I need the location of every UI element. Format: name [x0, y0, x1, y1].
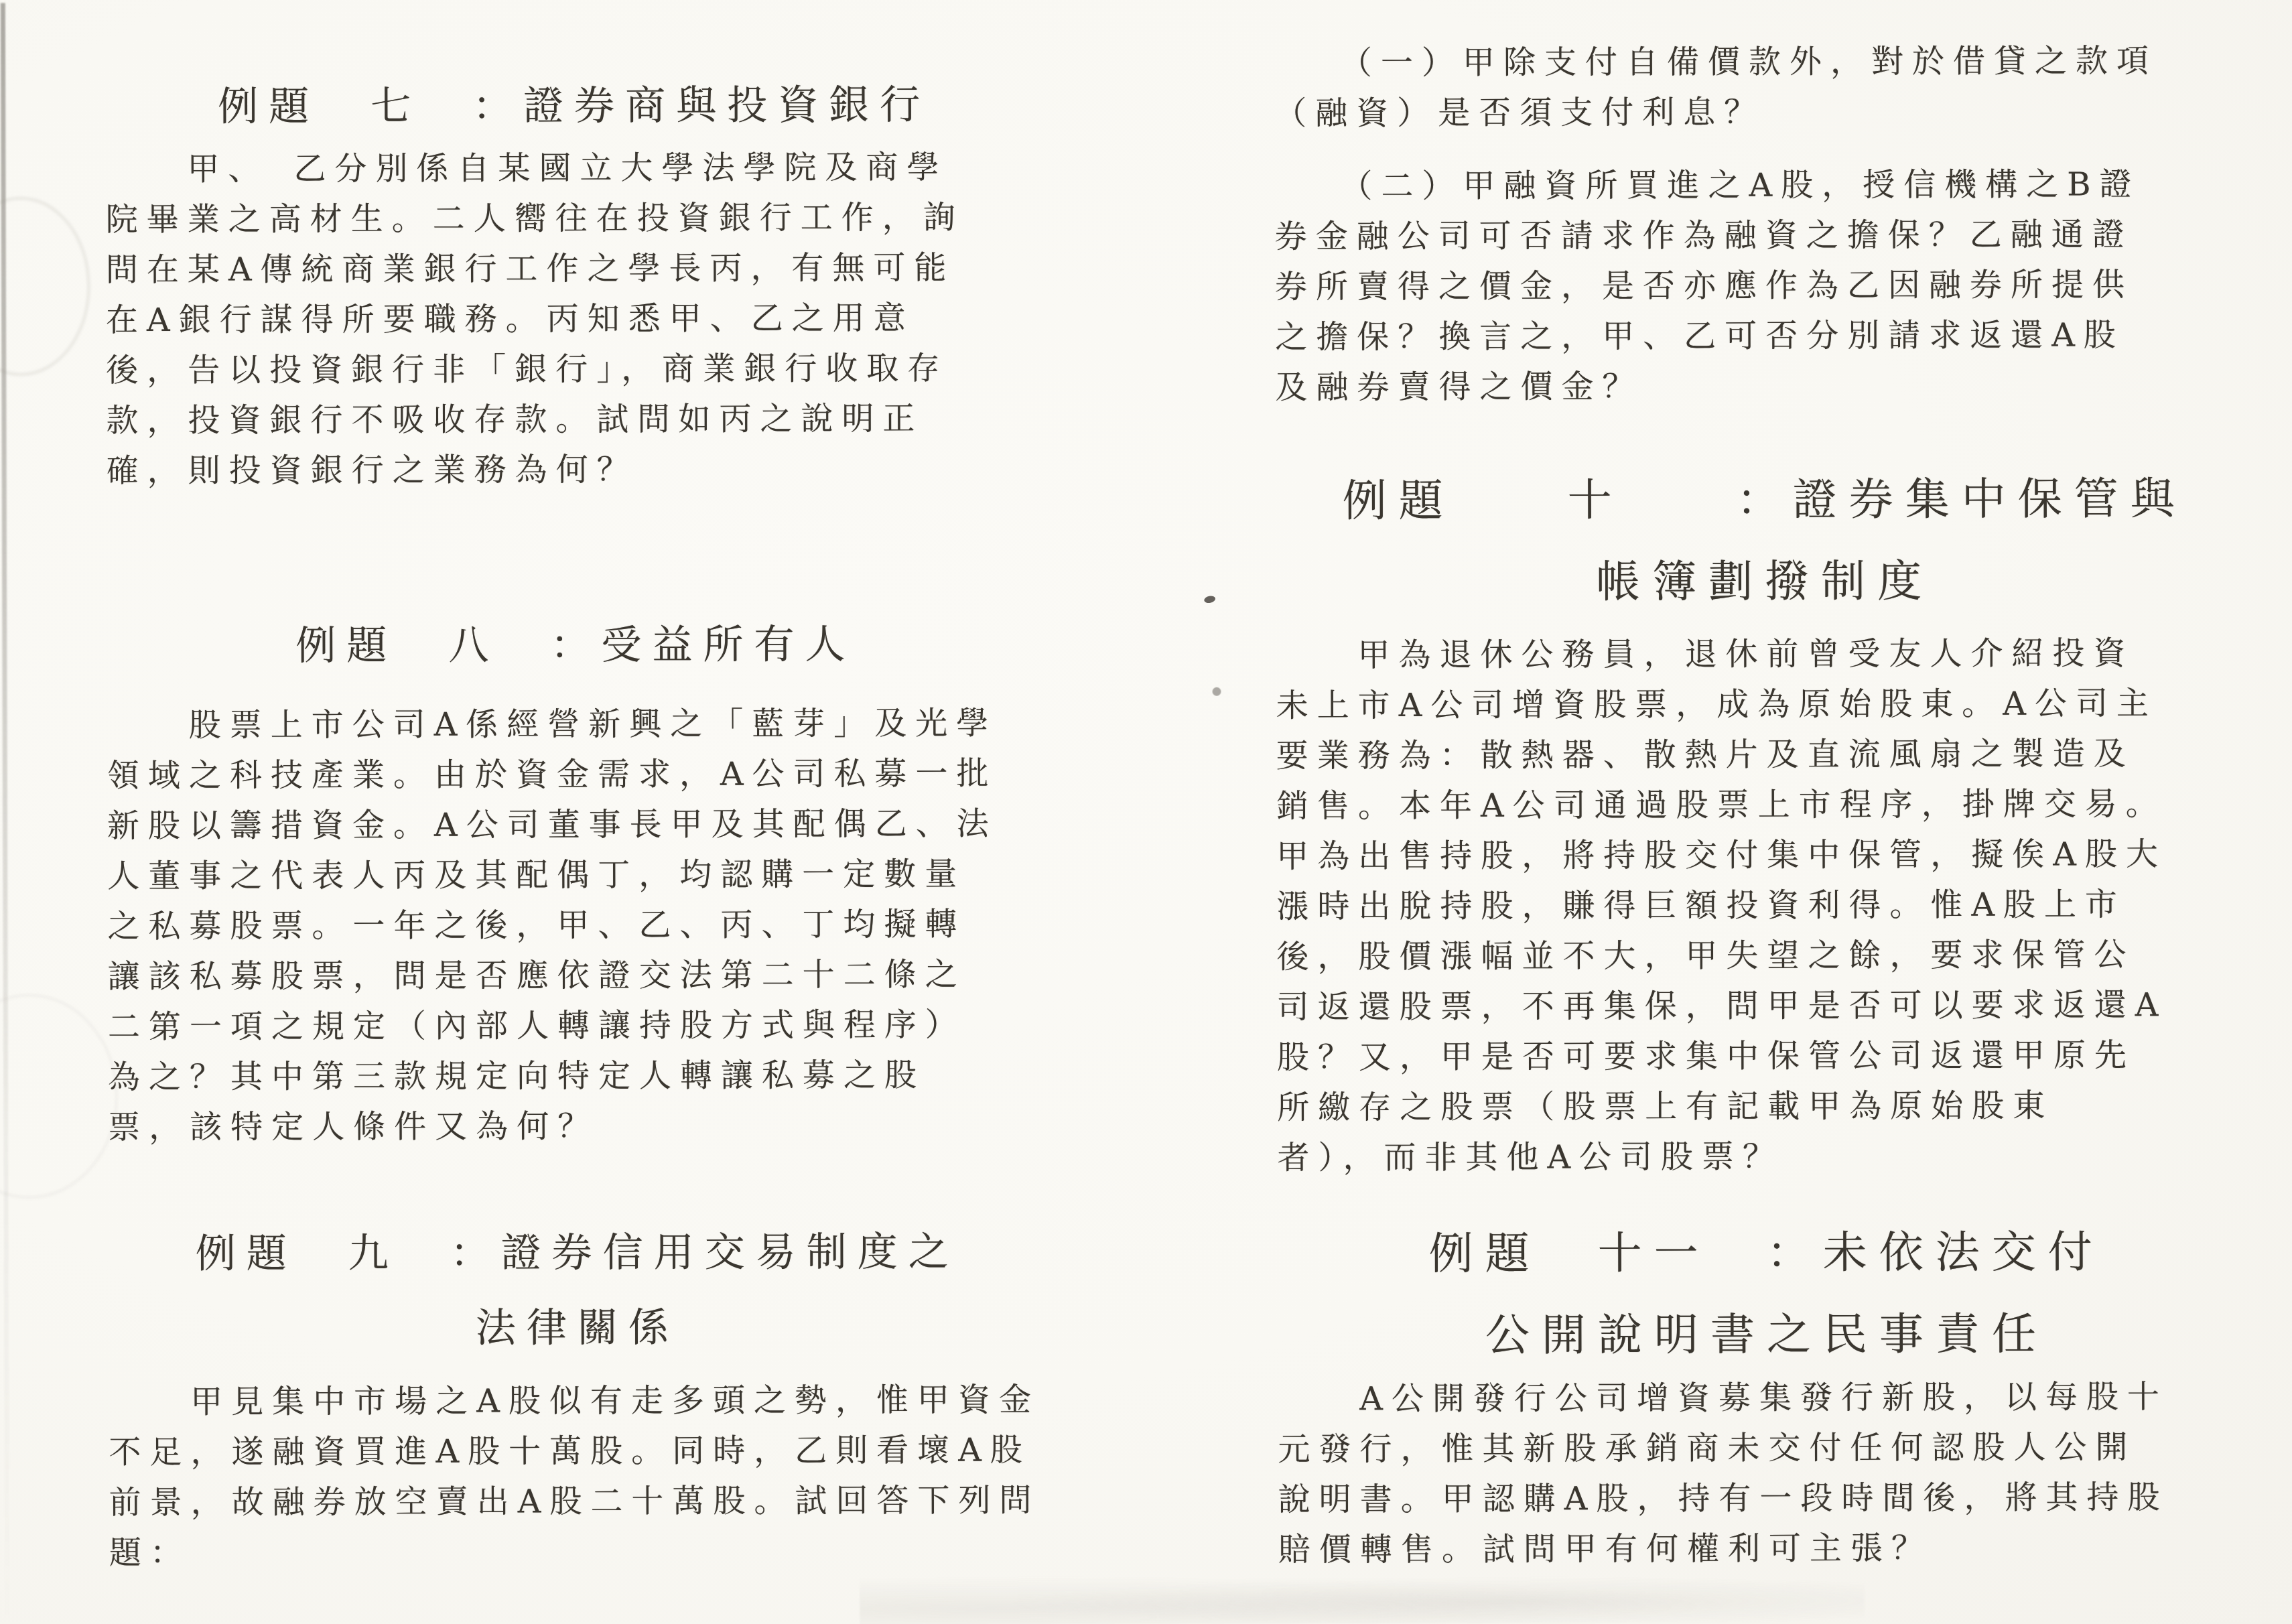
example-7-title: 例題 七 ：證券商與投資銀行: [105, 67, 1043, 145]
example-9-question-1: （一）甲除支付自備價款外，對於借貸之款項 （融資）是否須支付利息？: [1274, 36, 2252, 139]
scan-arc-artifact: [0, 197, 90, 376]
scan-bottom-noise: [860, 1568, 1865, 1624]
example-8-title: 例題 八 ：受益所有人: [107, 606, 1044, 684]
example-8-body: 股票上市公司A係經營新興之「藍芽」及光學 領域之科技產業。由於資金需求，A公司私…: [107, 698, 1047, 1153]
gutter-ink-speck: [1203, 595, 1216, 604]
example-10-body: 甲為退休公務員，退休前曾受友人介紹投資 未上市A公司增資股票，成為原始股東。A公…: [1276, 628, 2255, 1184]
scanned-document-page: 例題 七 ：證券商與投資銀行 甲、 乙分別係自某國立大學法學院及商學 院畢業之高…: [0, 0, 2292, 1624]
example-11-body: A公開發行公司增資募集發行新股，以每股十 元發行，惟其新股承銷商未交付任何認股人…: [1278, 1372, 2256, 1576]
example-9-question-2: （二）甲融資所買進之A股，授信機構之B證 券金融公司可否請求作為融資之擔保？乙融…: [1274, 159, 2253, 413]
right-column: （一）甲除支付自備價款外，對於借貸之款項 （融資）是否須支付利息？ （二）甲融資…: [1274, 0, 2256, 1623]
example-10-title: 例題 十 ：證券集中保管與 帳簿劃撥制度: [1276, 458, 2254, 624]
page-content: 例題 七 ：證券商與投資銀行 甲、 乙分別係自某國立大學法學院及商學 院畢業之高…: [0, 0, 2292, 1624]
gutter-ink-speck-2: [1213, 687, 1221, 696]
example-9-title: 例題 九 ：證券信用交易制度之 法律關係: [109, 1214, 1047, 1367]
example-7-body: 甲、 乙分別係自某國立大學法學院及商學 院畢業之高材生。二人嚮往在投資銀行工作，…: [105, 142, 1044, 496]
example-11-title: 例題 十一 ：未依法交付 公開說明書之民事責任: [1278, 1211, 2256, 1377]
example-9-body: 甲見集中市場之A股似有走多頭之勢，惟甲資金 不足，遂融資買進A股十萬股。同時，乙…: [109, 1375, 1047, 1578]
scan-arc-artifact-2: [0, 994, 118, 1199]
left-column: 例題 七 ：證券商與投資銀行 甲、 乙分別係自某國立大學法學院及商學 院畢業之高…: [105, 0, 1047, 1624]
